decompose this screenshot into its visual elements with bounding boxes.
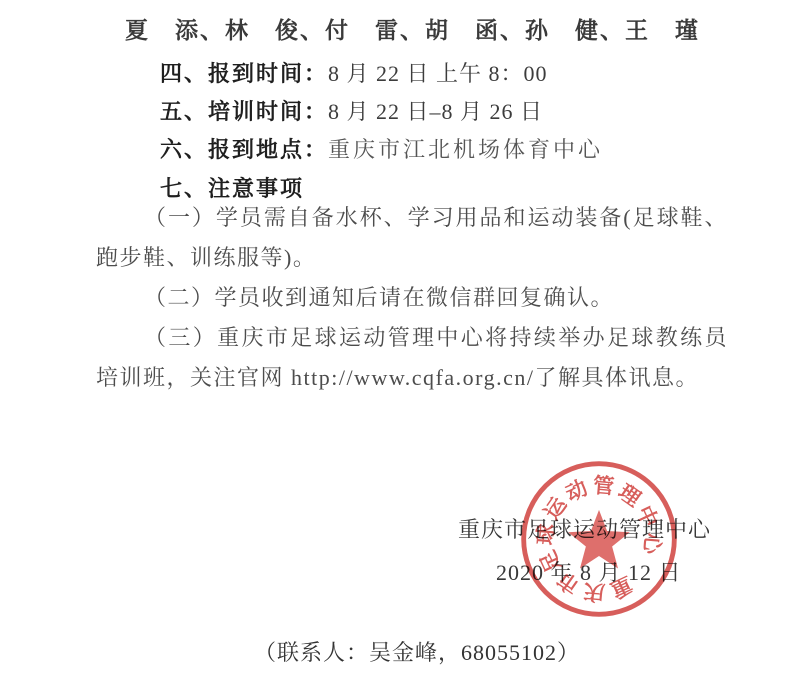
schedule-item-report-place: 六、报到地点：重庆市江北机场体育中心 [160, 133, 603, 164]
notes-section: （一）学员需自备水杯、学习用品和运动装备(足球鞋、跑步鞋、训练服等)。 （二）学… [96, 198, 728, 398]
schedule-item-training-time: 五、培训时间：8 月 22 日–8 月 26 日 [160, 95, 543, 126]
schedule-item-report-time: 四、报到时间：8 月 22 日 上午 8：00 [160, 57, 548, 88]
seal-char: 理 [614, 480, 646, 512]
schedule-label: 六、报到地点： [160, 137, 328, 162]
note-paragraph-1: （一）学员需自备水杯、学习用品和运动装备(足球鞋、跑步鞋、训练服等)。 [96, 198, 728, 278]
seal-char: 管 [592, 472, 615, 499]
signature-organization: 重庆市足球运动管理中心 [458, 513, 711, 544]
schedule-value: 重庆市江北机场体育中心 [328, 137, 603, 162]
schedule-value: 8 月 22 日–8 月 26 日 [328, 99, 543, 124]
note-paragraph-2: （二）学员收到通知后请在微信群回复确认。 [96, 278, 728, 318]
schedule-label: 五、培训时间： [160, 99, 328, 124]
note-paragraph-3: （三）重庆市足球运动管理中心将持续举办足球教练员培训班，关注官网 http://… [96, 318, 728, 398]
scanned-notice-document: 夏 添、林 俊、付 雷、胡 函、孙 健、王 瑾 四、报到时间：8 月 22 日 … [0, 0, 786, 673]
seal-char: 动 [562, 475, 591, 506]
contact-person-line: （联系人：吴金峰，68055102） [254, 636, 580, 667]
schedule-label: 四、报到时间： [160, 61, 328, 86]
signature-date: 2020 年 8 月 12 日 [496, 556, 682, 587]
trainee-names-line: 夏 添、林 俊、付 雷、胡 函、孙 健、王 瑾 [125, 12, 700, 45]
schedule-value: 8 月 22 日 上午 8：00 [328, 61, 548, 86]
